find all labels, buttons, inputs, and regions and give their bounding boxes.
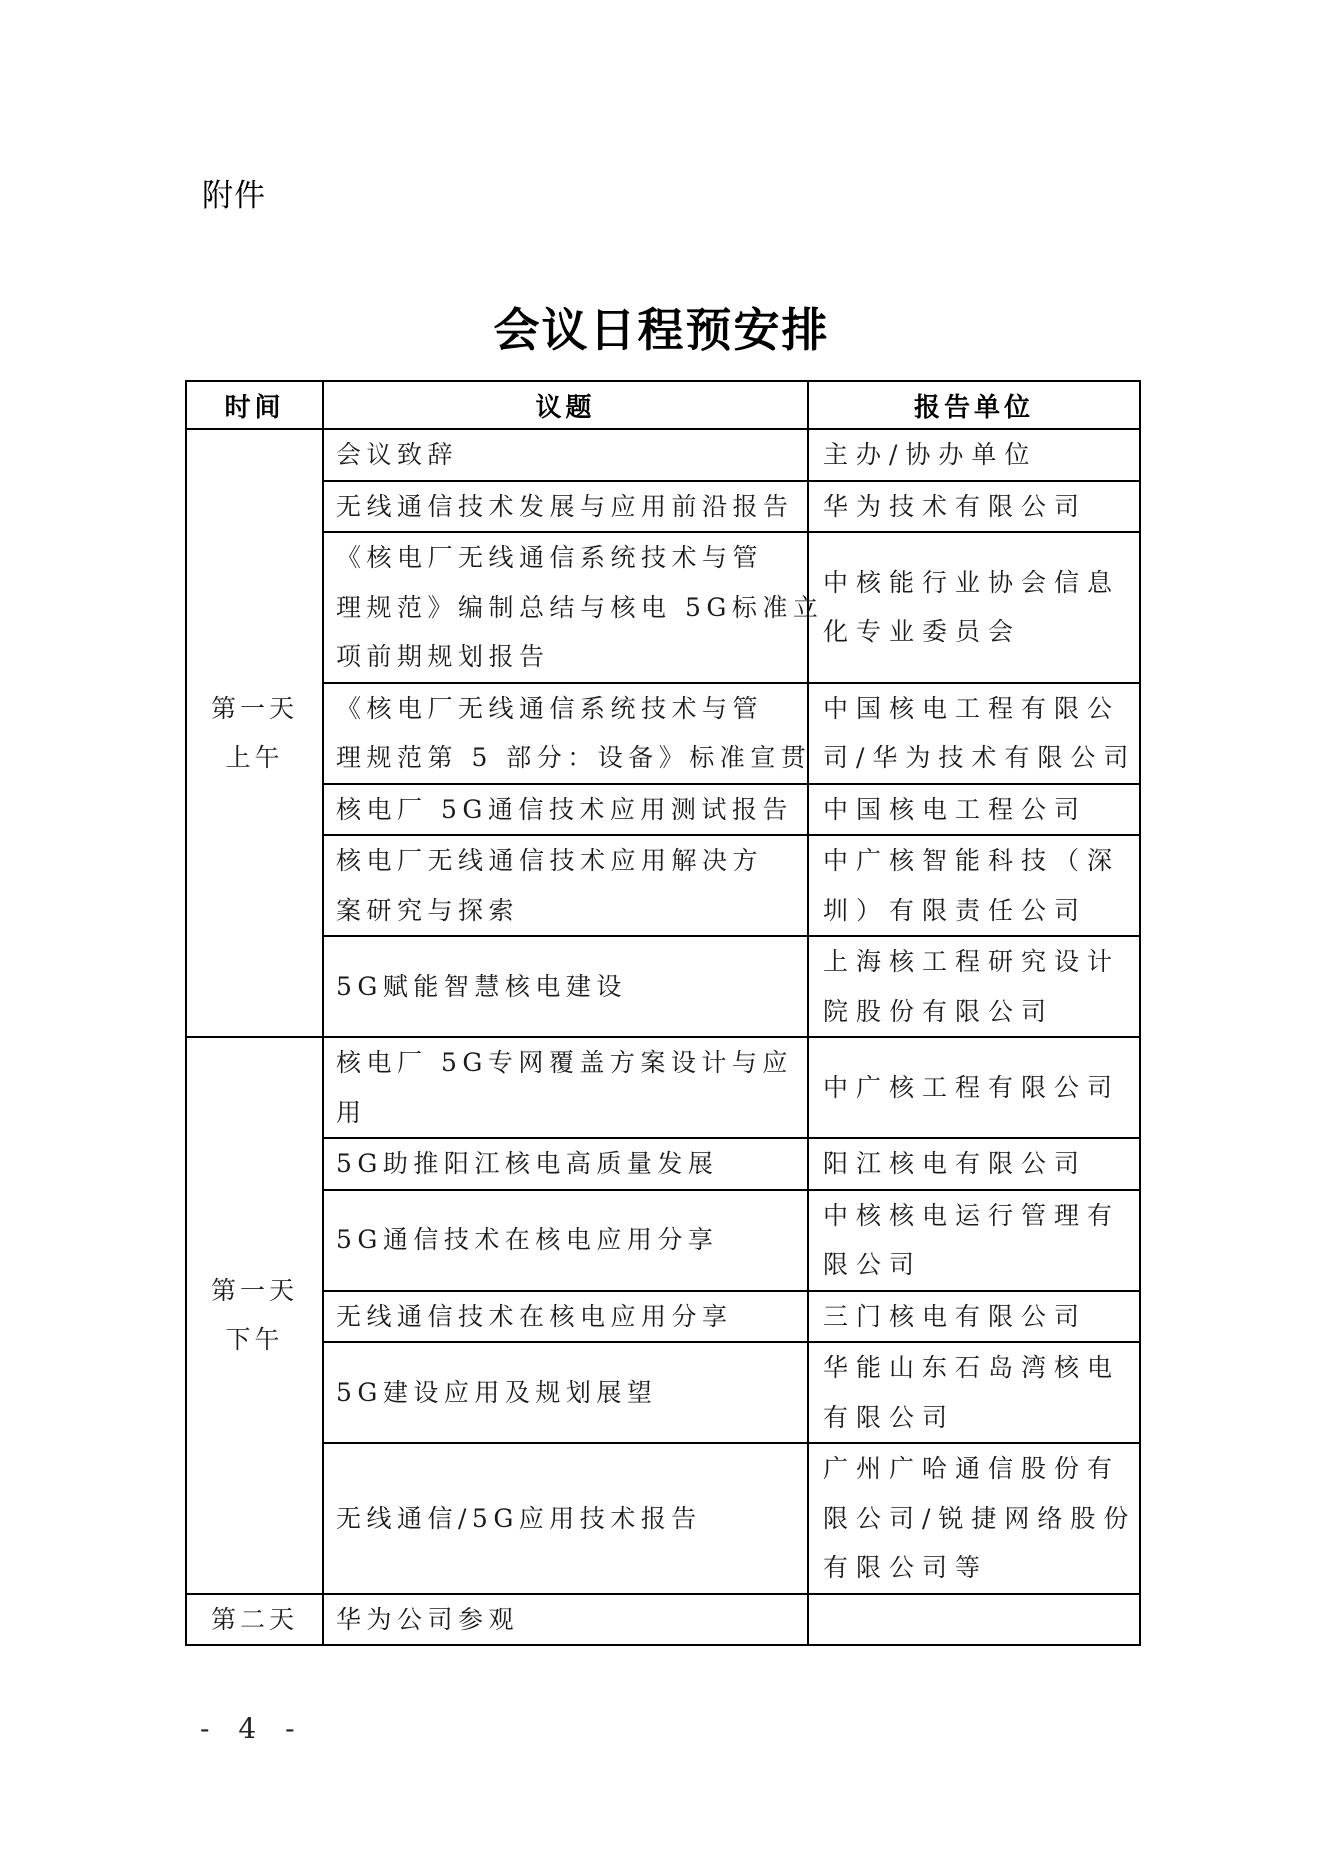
- header-topic: 议题: [323, 381, 808, 429]
- topic-cell: 无线通信技术在核电应用分享: [323, 1291, 808, 1343]
- org-line: 限公司: [823, 1240, 1133, 1290]
- time-line: 第一天: [187, 1266, 322, 1316]
- topic-cell: 华为公司参观: [323, 1594, 808, 1646]
- topic-cell: 核电厂无线通信技术应用解决方 案研究与探索: [323, 835, 808, 936]
- org-line: 阳江核电有限公司: [823, 1139, 1133, 1189]
- topic-line: 5G助推阳江核电高质量发展: [336, 1139, 799, 1189]
- topic-line: 会议致辞: [336, 430, 799, 480]
- table-row: 第一天 上午 会议致辞 主办/协办单位: [186, 429, 1140, 481]
- table-row: 无线通信/5G应用技术报告 广州广哈通信股份有 限公司/锐捷网络股份 有限公司等: [186, 1443, 1140, 1594]
- organization-cell: 中核能行业协会信息 化专业委员会: [808, 532, 1140, 683]
- table-row: 5G赋能智慧核电建设 上海核工程研究设计 院股份有限公司: [186, 936, 1140, 1037]
- topic-line: 无线通信技术在核电应用分享: [336, 1292, 799, 1342]
- document-title: 会议日程预安排: [0, 298, 1323, 362]
- topic-cell: 5G助推阳江核电高质量发展: [323, 1138, 808, 1190]
- topic-line: 无线通信技术发展与应用前沿报告: [336, 482, 799, 532]
- org-line: 中广核智能科技（深: [823, 836, 1133, 886]
- topic-line: 理规范》编制总结与核电 5G标准立: [336, 583, 799, 633]
- time-line: 第二天: [187, 1595, 322, 1645]
- org-line: 华能山东石岛湾核电: [823, 1343, 1133, 1393]
- organization-cell: 华能山东石岛湾核电 有限公司: [808, 1342, 1140, 1443]
- topic-cell: 无线通信/5G应用技术报告: [323, 1443, 808, 1594]
- org-line: 司/华为技术有限公司: [823, 733, 1133, 783]
- organization-cell: 广州广哈通信股份有 限公司/锐捷网络股份 有限公司等: [808, 1443, 1140, 1594]
- topic-line: 《核电厂无线通信系统技术与管: [336, 684, 799, 734]
- org-line: 中国核电工程有限公: [823, 684, 1133, 734]
- time-line: 下午: [187, 1315, 322, 1365]
- organization-cell: 中核核电运行管理有 限公司: [808, 1190, 1140, 1291]
- table-row: 核电厂无线通信技术应用解决方 案研究与探索 中广核智能科技（深 圳）有限责任公司: [186, 835, 1140, 936]
- time-cell-day2: 第二天: [186, 1594, 323, 1646]
- org-line: 院股份有限公司: [823, 987, 1133, 1037]
- organization-cell: 阳江核电有限公司: [808, 1138, 1140, 1190]
- org-line: 化专业委员会: [823, 607, 1133, 657]
- topic-line: 5G建设应用及规划展望: [336, 1368, 799, 1418]
- topic-cell: 核电厂 5G专网覆盖方案设计与应 用: [323, 1037, 808, 1138]
- topic-line: 华为公司参观: [336, 1595, 799, 1645]
- topic-line: 5G赋能智慧核电建设: [336, 962, 799, 1012]
- table-row: 5G建设应用及规划展望 华能山东石岛湾核电 有限公司: [186, 1342, 1140, 1443]
- org-line: 主办/协办单位: [823, 430, 1133, 480]
- table-header-row: 时间 议题 报告单位: [186, 381, 1140, 429]
- page-number: - 4 -: [200, 1712, 305, 1746]
- topic-cell: 《核电厂无线通信系统技术与管 理规范》编制总结与核电 5G标准立 项前期规划报告: [323, 532, 808, 683]
- org-line: 有限公司: [823, 1393, 1133, 1443]
- table-row: 第二天 华为公司参观: [186, 1594, 1140, 1646]
- org-line: 上海核工程研究设计: [823, 937, 1133, 987]
- topic-cell: 核电厂 5G通信技术应用测试报告: [323, 784, 808, 836]
- org-line: 限公司/锐捷网络股份: [823, 1494, 1133, 1544]
- table-row: 《核电厂无线通信系统技术与管 理规范第 5 部分：设备》标准宣贯 中国核电工程有…: [186, 683, 1140, 784]
- topic-line: 核电厂 5G通信技术应用测试报告: [336, 785, 799, 835]
- org-line: 中核能行业协会信息: [823, 558, 1133, 608]
- org-line: 中国核电工程公司: [823, 785, 1133, 835]
- organization-cell: 中国核电工程有限公 司/华为技术有限公司: [808, 683, 1140, 784]
- org-line: 中核核电运行管理有: [823, 1191, 1133, 1241]
- topic-cell: 5G赋能智慧核电建设: [323, 936, 808, 1037]
- topic-cell: 5G通信技术在核电应用分享: [323, 1190, 808, 1291]
- topic-cell: 5G建设应用及规划展望: [323, 1342, 808, 1443]
- organization-cell: 中国核电工程公司: [808, 784, 1140, 836]
- table-row: 核电厂 5G通信技术应用测试报告 中国核电工程公司: [186, 784, 1140, 836]
- organization-cell: [808, 1594, 1140, 1646]
- table-row: 无线通信技术在核电应用分享 三门核电有限公司: [186, 1291, 1140, 1343]
- org-line: 华为技术有限公司: [823, 482, 1133, 532]
- organization-cell: 中广核智能科技（深 圳）有限责任公司: [808, 835, 1140, 936]
- topic-line: 案研究与探索: [336, 886, 799, 936]
- time-cell-day1-morning: 第一天 上午: [186, 429, 323, 1037]
- organization-cell: 主办/协办单位: [808, 429, 1140, 481]
- topic-cell: 《核电厂无线通信系统技术与管 理规范第 5 部分：设备》标准宣贯: [323, 683, 808, 784]
- org-line: 圳）有限责任公司: [823, 886, 1133, 936]
- time-line: 上午: [187, 733, 322, 783]
- table-row: 5G助推阳江核电高质量发展 阳江核电有限公司: [186, 1138, 1140, 1190]
- table-row: 《核电厂无线通信系统技术与管 理规范》编制总结与核电 5G标准立 项前期规划报告…: [186, 532, 1140, 683]
- table-row: 5G通信技术在核电应用分享 中核核电运行管理有 限公司: [186, 1190, 1140, 1291]
- agenda-table: 时间 议题 报告单位 第一天 上午 会议致辞 主办/协办单位 无线通信技术发展与…: [185, 380, 1141, 1646]
- table-row: 第一天 下午 核电厂 5G专网覆盖方案设计与应 用 中广核工程有限公司: [186, 1037, 1140, 1138]
- topic-cell: 无线通信技术发展与应用前沿报告: [323, 481, 808, 533]
- org-line: 三门核电有限公司: [823, 1292, 1133, 1342]
- org-line: 有限公司等: [823, 1543, 1133, 1593]
- topic-line: 《核电厂无线通信系统技术与管: [336, 533, 799, 583]
- attachment-label: 附件: [202, 176, 266, 216]
- organization-cell: 中广核工程有限公司: [808, 1037, 1140, 1138]
- header-organization: 报告单位: [808, 381, 1140, 429]
- org-line: 中广核工程有限公司: [823, 1063, 1133, 1113]
- topic-line: 理规范第 5 部分：设备》标准宣贯: [336, 733, 799, 783]
- organization-cell: 三门核电有限公司: [808, 1291, 1140, 1343]
- table-row: 无线通信技术发展与应用前沿报告 华为技术有限公司: [186, 481, 1140, 533]
- org-line: 广州广哈通信股份有: [823, 1444, 1133, 1494]
- time-line: 第一天: [187, 684, 322, 734]
- topic-line: 5G通信技术在核电应用分享: [336, 1215, 799, 1265]
- time-cell-day1-afternoon: 第一天 下午: [186, 1037, 323, 1594]
- header-time: 时间: [186, 381, 323, 429]
- topic-line: 项前期规划报告: [336, 632, 799, 682]
- topic-line: 用: [336, 1088, 799, 1138]
- topic-line: 核电厂 5G专网覆盖方案设计与应: [336, 1038, 799, 1088]
- topic-line: 无线通信/5G应用技术报告: [336, 1494, 799, 1544]
- organization-cell: 上海核工程研究设计 院股份有限公司: [808, 936, 1140, 1037]
- organization-cell: 华为技术有限公司: [808, 481, 1140, 533]
- topic-line: 核电厂无线通信技术应用解决方: [336, 836, 799, 886]
- topic-cell: 会议致辞: [323, 429, 808, 481]
